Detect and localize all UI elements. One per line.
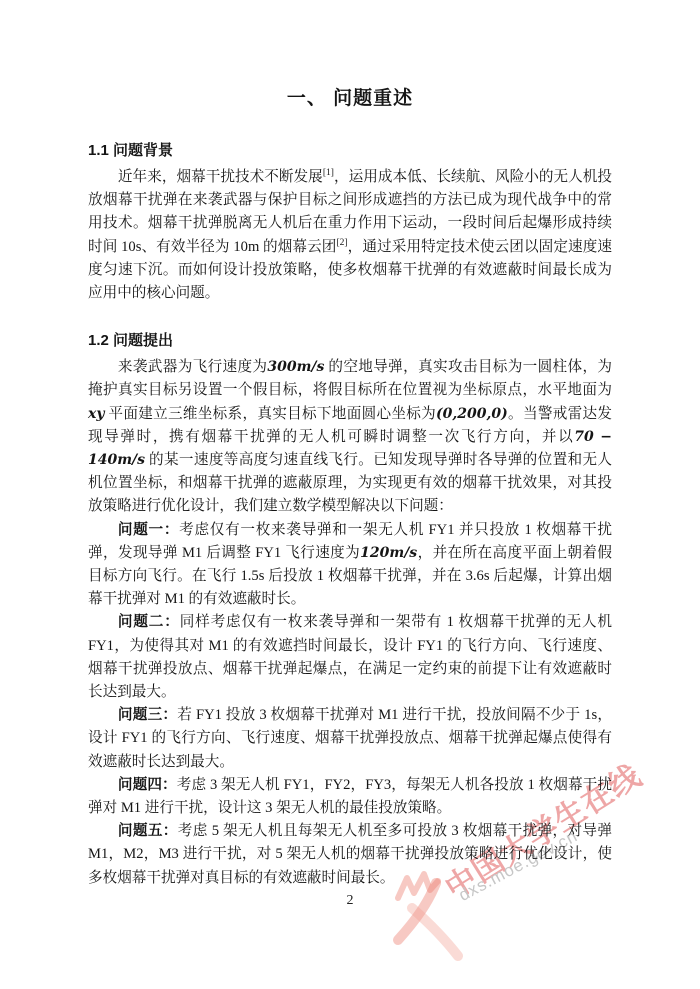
text-segment: 近年来，烟幕干扰技术不断发展	[118, 169, 323, 185]
paragraph-setup: 来袭武器为飞行速度为300m/s 的空地导弹，真实攻击目标为一圆柱体，为掩护真实…	[88, 356, 612, 518]
paragraph-problem-2: 问题二：同样考虑仅有一枚来袭导弹和一架带有 1 枚烟幕干扰弹的无人机 FY1，为…	[88, 611, 612, 704]
text-segment: (0,200,0)	[436, 406, 508, 422]
paragraph-problem-5: 问题五：考虑 5 架无人机且每架无人机至多可投放 3 枚烟幕干扰弹，对导弹 M1…	[88, 820, 612, 890]
text-segment: 问题五：	[118, 823, 178, 839]
paragraph-problem-3: 问题三：若 FY1 投放 3 枚烟幕干扰弹对 M1 进行干扰，投放间隔不少于 1…	[88, 704, 612, 774]
paragraph-background: 近年来，烟幕干扰技术不断发展[1]，运用成本低、长续航、风险小的无人机投放烟幕干…	[88, 166, 612, 305]
text-segment: [1]	[323, 168, 334, 178]
text-segment: 来袭武器为飞行速度为	[118, 359, 267, 375]
section-heading-background: 1.1 问题背景	[88, 141, 612, 161]
text-segment: 的某一速度等高度匀速直线飞行。已知发现导弹时各导弹的位置和无人机位置坐标，和烟幕…	[88, 452, 612, 514]
page-number: 2	[0, 893, 700, 909]
paragraph-problem-4: 问题四：考虑 3 架无人机 FY1，FY2，FY3，每架无人机各投放 1 枚烟幕…	[88, 774, 612, 820]
text-segment: [2]	[337, 238, 348, 248]
page-title: 一、 问题重述	[88, 88, 612, 109]
section-heading-problems: 1.2 问题提出	[88, 331, 612, 351]
document-page: 一、 问题重述 1.1 问题背景 近年来，烟幕干扰技术不断发展[1]，运用成本低…	[0, 0, 700, 890]
text-segment: xy	[88, 406, 104, 422]
text-segment: 问题二：	[118, 614, 180, 630]
text-segment: 问题四：	[118, 777, 177, 793]
text-segment: 300m/s	[267, 359, 324, 375]
text-segment: 问题三：	[118, 707, 177, 723]
text-segment: 平面建立三维坐标系，真实目标下地面圆心坐标为	[104, 406, 436, 422]
text-segment: 问题一：	[118, 522, 179, 538]
text-segment: 120m/s	[360, 545, 417, 561]
paragraph-problem-1: 问题一：考虑仅有一枚来袭导弹和一架无人机 FY1 并只投放 1 枚烟幕干扰弹，发…	[88, 519, 612, 612]
